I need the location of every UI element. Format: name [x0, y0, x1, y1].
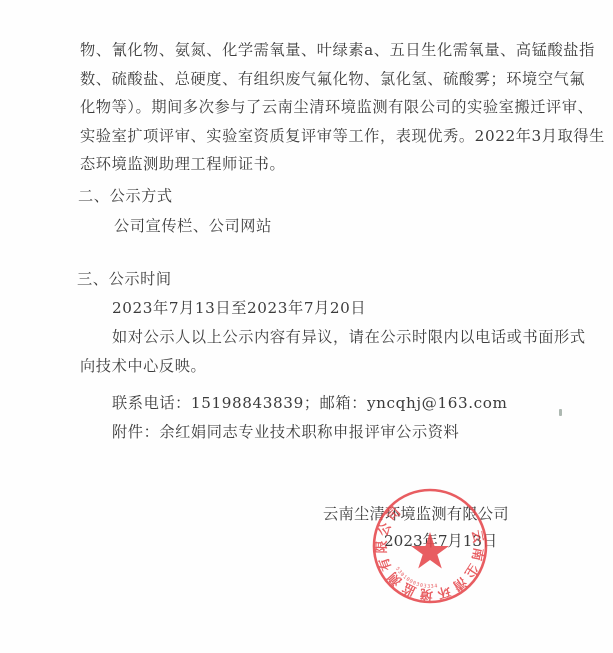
- paragraph-line-1: 物、氰化物、氨氮、化学需氧量、叶绿素a、五日生化需氧量、高锰酸盐指: [80, 40, 558, 60]
- signature-company: 云南尘清环境监测有限公司: [323, 504, 509, 524]
- contact-info: 联系电话：15198843839；邮箱：yncqhj@163.com: [112, 393, 508, 413]
- attachment-note: 附件：余红娟同志专业技术职称申报评审公示资料: [112, 422, 459, 442]
- signature-date: 2023年7月13日: [384, 531, 497, 551]
- paragraph-line-4: 实验室扩项评审、实验室资质复评审等工作，表现优秀。2022年3月取得生: [80, 126, 558, 146]
- svg-text:5301000303334: 5301000303334: [394, 566, 439, 590]
- scan-speck: [559, 409, 562, 416]
- section2-heading: 二、公示方式: [78, 186, 173, 206]
- section2-content: 公司宣传栏、公司网站: [114, 216, 272, 236]
- section3-heading: 三、公示时间: [77, 269, 172, 289]
- publicity-period: 2023年7月13日至2023年7月20日: [112, 298, 366, 318]
- paragraph-line-2: 数、硫酸盐、总硬度、有组织废气氟化物、氯化氢、硫酸雾；环境空气氟: [80, 69, 558, 89]
- paragraph-line-5: 态环境监测助理工程师证书。: [80, 154, 285, 174]
- paragraph-line-3: 化物等）。期间多次参与了云南尘清环境监测有限公司的实验室搬迁评审、: [80, 97, 558, 117]
- objection-line-2: 向技术中心反映。: [80, 356, 206, 376]
- objection-line-1: 如对公示人以上公示内容有异议，请在公示时限内以电话或书面形式: [112, 327, 586, 347]
- document-page: 物、氰化物、氨氮、化学需氧量、叶绿素a、五日生化需氧量、高锰酸盐指 数、硫酸盐、…: [0, 0, 613, 653]
